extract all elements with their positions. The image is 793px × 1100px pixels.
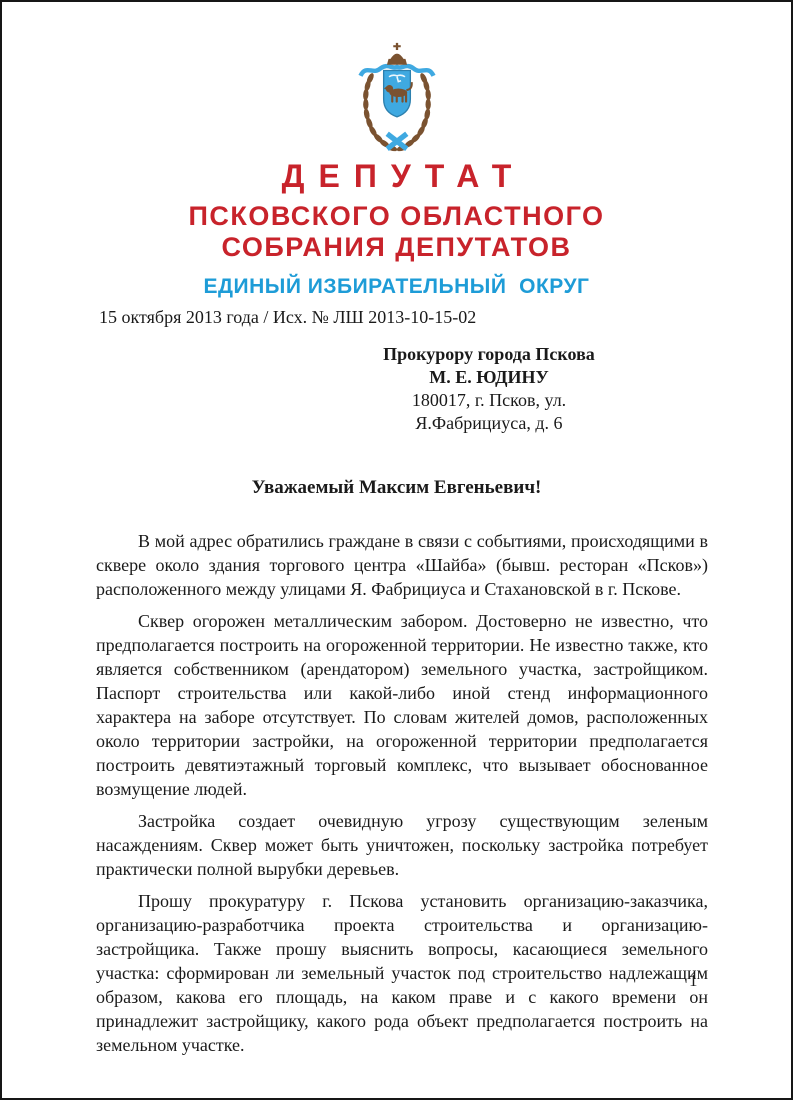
letter-body: В мой адрес обратились граждане в связи … (96, 529, 708, 1065)
addressee-name: М. Е. ЮДИНУ (354, 366, 624, 389)
letterhead-district: ЕДИНЫЙ ИЗБИРАТЕЛЬНЫЙ ОКРУГ (2, 275, 791, 299)
salutation: Уважаемый Максим Евгеньевич! (2, 477, 791, 499)
letterhead-title: ДЕПУТАТ (2, 158, 791, 195)
crown-icon (386, 43, 406, 65)
letterhead-org-line2: СОБРАНИЯ ДЕПУТАТОВ (2, 232, 791, 263)
body-paragraph: Застройка создает очевидную угрозу сущес… (96, 809, 708, 881)
letterhead-organization: ПСКОВСКОГО ОБЛАСТНОГО СОБРАНИЯ ДЕПУТАТОВ (2, 201, 791, 263)
ribbon-bow (387, 134, 407, 149)
letterhead-org-line1: ПСКОВСКОГО ОБЛАСТНОГО (2, 201, 791, 232)
addressee-address: 180017, г. Псков, ул. Я.Фабрициуса, д. 6 (354, 389, 624, 435)
letter-page: ДЕПУТАТ ПСКОВСКОГО ОБЛАСТНОГО СОБРАНИЯ Д… (0, 0, 793, 1100)
addressee-title: Прокурору города Пскова (354, 343, 624, 366)
page-number: 1 (689, 971, 698, 991)
body-paragraph: Прошу прокуратуру г. Пскова установить о… (96, 889, 708, 1057)
pskov-coat-of-arms-icon (352, 42, 442, 156)
reference-line: 15 октября 2013 года / Исх. № ЛШ 2013-10… (99, 307, 476, 328)
body-paragraph: Сквер огорожен металлическим забором. До… (96, 609, 708, 801)
addressee-block: Прокурору города Пскова М. Е. ЮДИНУ 1800… (354, 343, 624, 435)
body-paragraph: В мой адрес обратились граждане в связи … (96, 529, 708, 601)
